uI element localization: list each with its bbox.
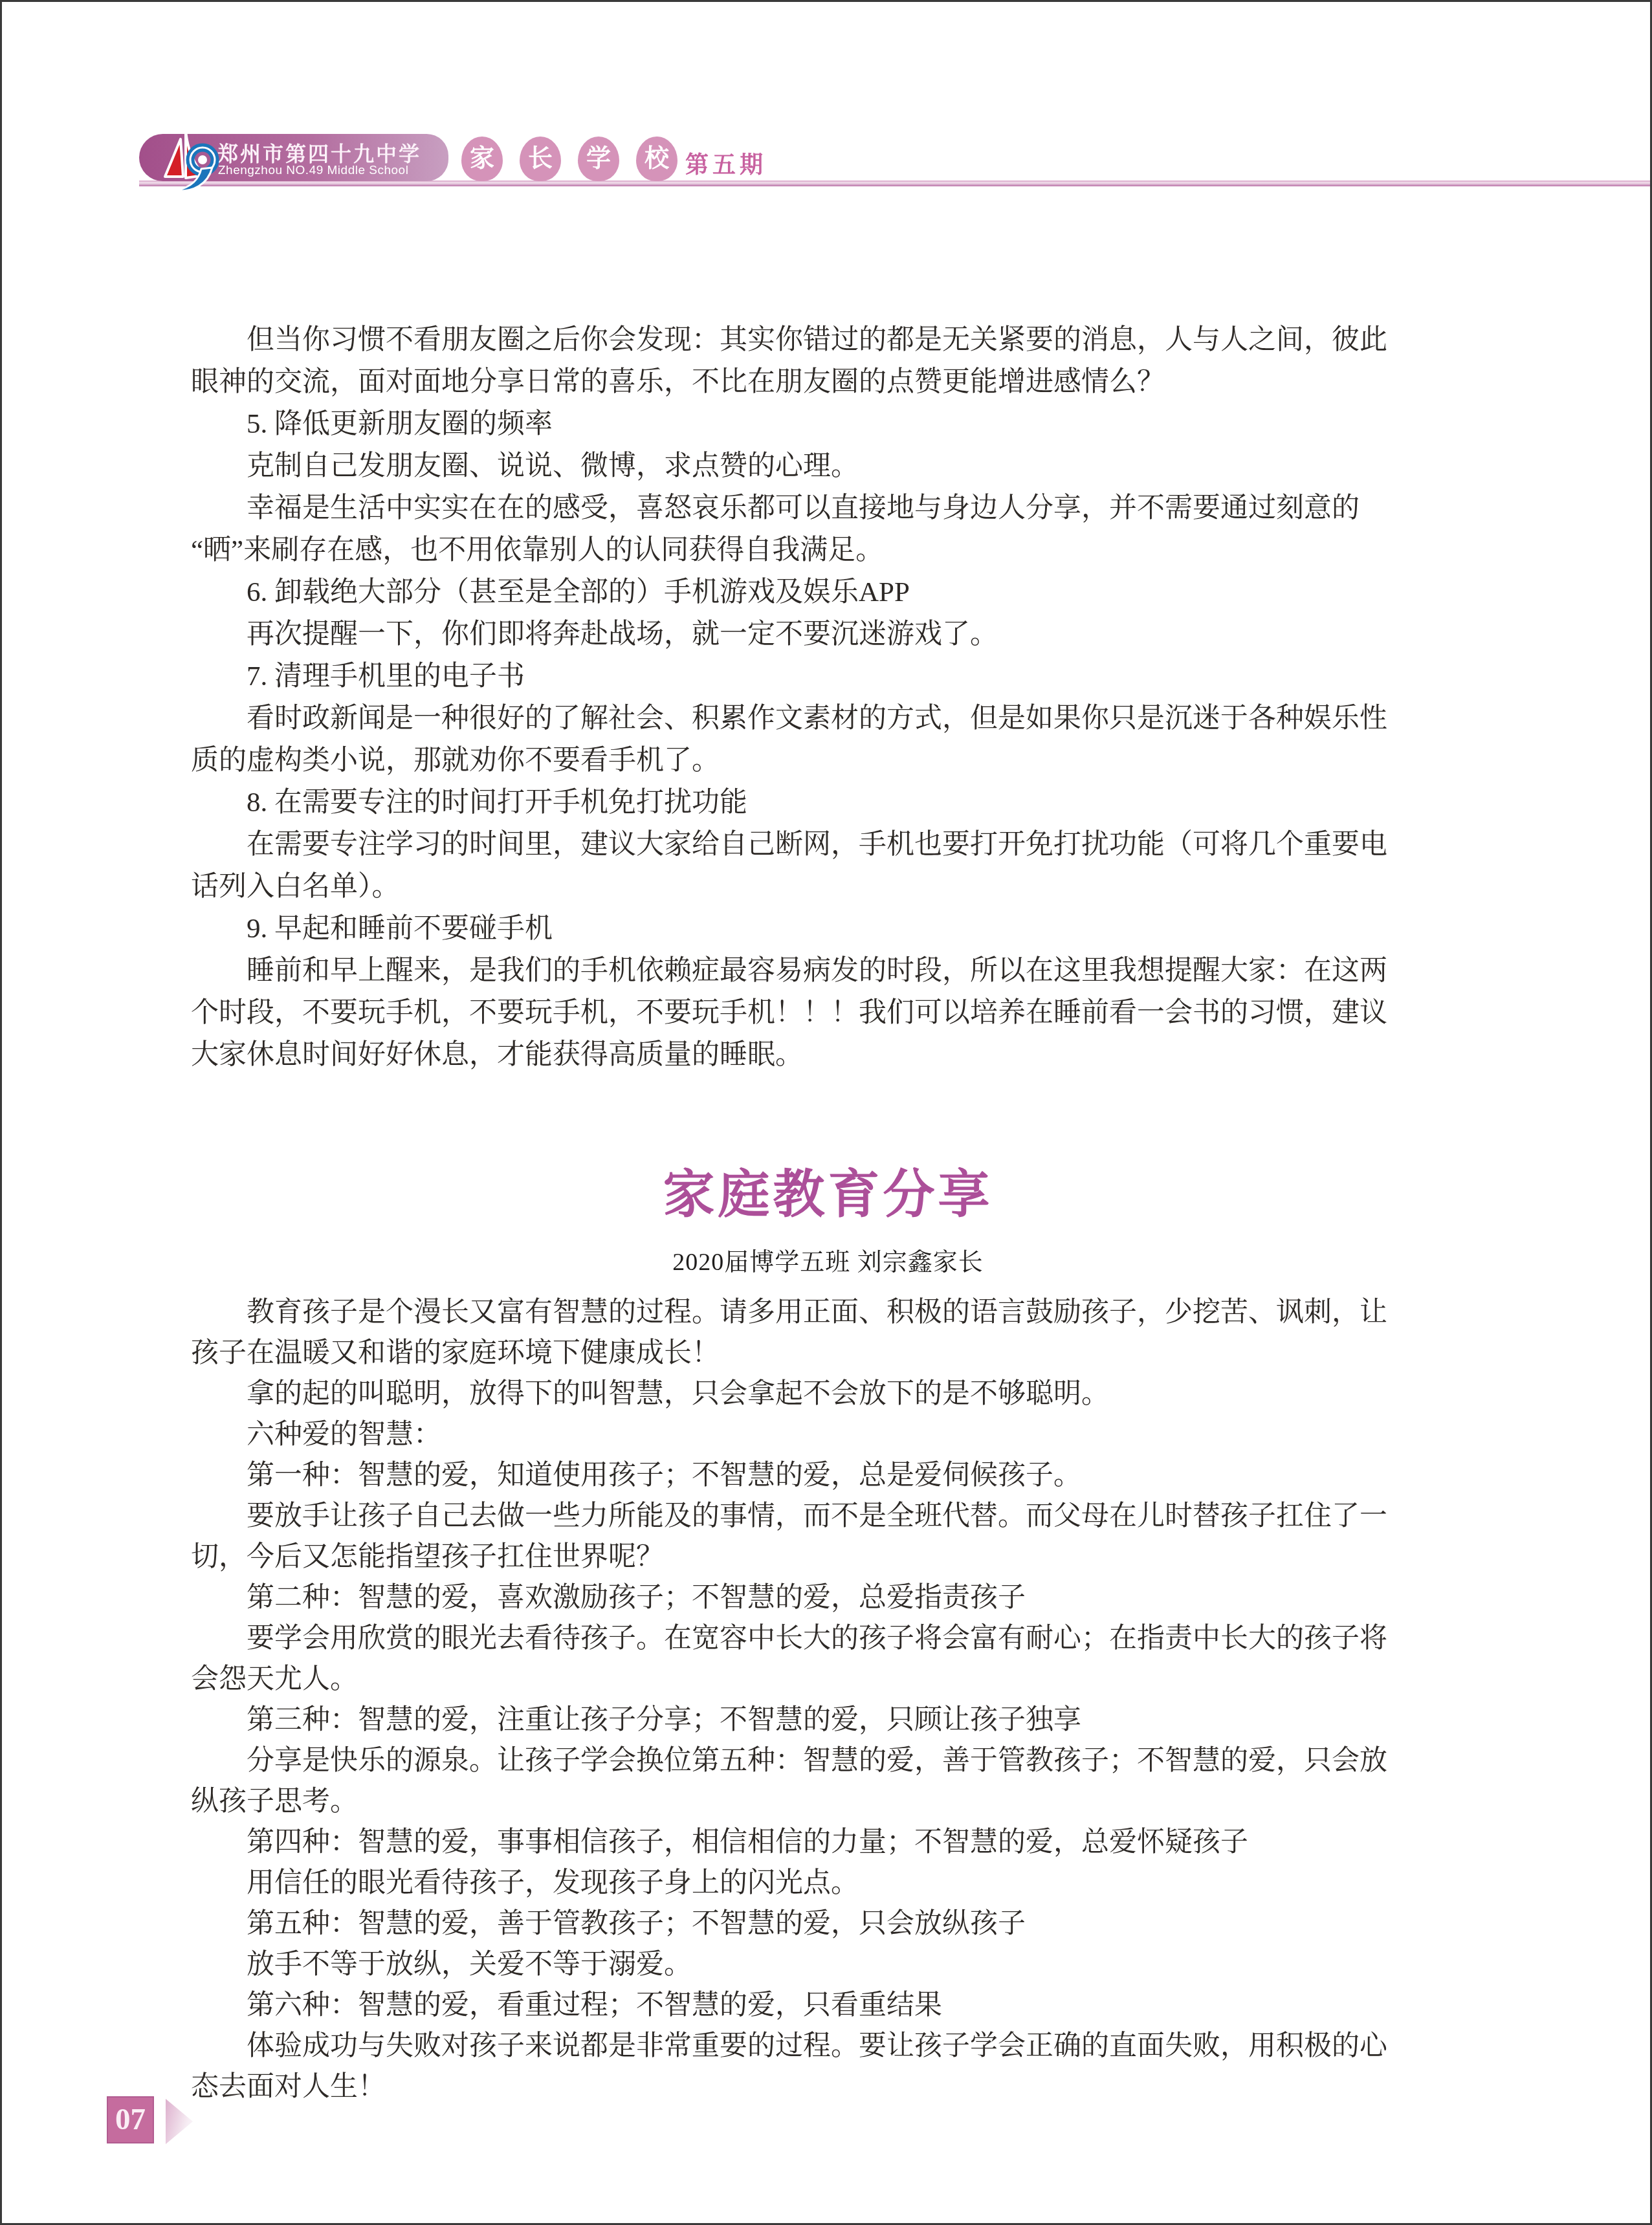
text-line: 第四种：智慧的爱，事事相信孩子，相信相信的力量；不智慧的爱，总爱怀疑孩子 xyxy=(191,1822,1464,1863)
article2-title: 家庭教育分享 xyxy=(2,1152,1652,1227)
article2-body: 教育孩子是个漫长又富有智慧的过程。请多用正面、积极的语言鼓励孩子，少挖苦、讽刺，… xyxy=(191,1292,1464,2107)
text-line: 第六种：智慧的爱，看重过程；不智慧的爱，只看重结果 xyxy=(191,1985,1464,2026)
text-line: 教育孩子是个漫长又富有智慧的过程。请多用正面、积极的语言鼓励孩子，少挖苦、讽刺，… xyxy=(191,1292,1464,1333)
masthead-badge: 学 xyxy=(578,137,619,181)
text-line: 拿的起的叫聪明，放得下的叫智慧，只会拿起不会放下的是不够聪明。 xyxy=(191,1374,1464,1414)
text-line: 纵孩子思考。 xyxy=(191,1781,1464,1822)
text-line: 个时段，不要玩手机，不要玩手机，不要玩手机！！！我们可以培养在睡前看一会书的习惯… xyxy=(191,992,1464,1034)
page-number-arrow-icon xyxy=(166,2099,193,2144)
masthead-badge: 校 xyxy=(636,137,677,181)
text-line: 要放手让孩子自己去做一些力所能及的事情，而不是全班代替。而父母在儿时替孩子扛住了… xyxy=(191,1496,1464,1537)
header-underline xyxy=(139,181,1652,186)
text-line: 分享是快乐的源泉。让孩子学会换位第五种：智慧的爱，善于管教孩子；不智慧的爱，只会… xyxy=(191,1740,1464,1781)
article1-body: 但当你习惯不看朋友圈之后你会发现：其实你错过的都是无关紧要的消息，人与人之间，彼… xyxy=(191,319,1464,1076)
text-line: 第二种：智慧的爱，喜欢激励孩子；不智慧的爱，总爱指责孩子 xyxy=(191,1577,1464,1618)
page-number-badge: 07 xyxy=(107,2096,154,2143)
text-line: 大家休息时间好好休息，才能获得高质量的睡眠。 xyxy=(191,1034,1464,1076)
text-line: 睡前和早上醒来，是我们的手机依赖症最容易病发的时段，所以在这里我想提醒大家：在这… xyxy=(191,950,1464,992)
text-line: 会怨天尤人。 xyxy=(191,1659,1464,1700)
school-name-english: Zhengzhou NO.49 Middle School xyxy=(218,164,408,178)
masthead-badges: 家长学校 xyxy=(461,137,677,181)
text-line: 孩子在温暖又和谐的家庭环境下健康成长！ xyxy=(191,1333,1464,1374)
text-line: 眼神的交流，面对面地分享日常的喜乐，不比在朋友圈的点赞更能增进感情么？ xyxy=(191,361,1464,403)
text-line: 再次提醒一下，你们即将奔赴战场，就一定不要沉迷游戏了。 xyxy=(191,613,1464,655)
text-line: 9. 早起和睡前不要碰手机 xyxy=(191,908,1464,950)
text-line: 幸福是生活中实实在在的感受，喜怒哀乐都可以直接地与身边人分享，并不需要通过刻意的 xyxy=(191,487,1464,529)
text-line: 7. 清理手机里的电子书 xyxy=(191,655,1464,697)
text-line: 8. 在需要专注的时间打开手机免打扰功能 xyxy=(191,782,1464,824)
text-line: 第五种：智慧的爱，善于管教孩子；不智慧的爱，只会放纵孩子 xyxy=(191,1903,1464,1944)
text-line: 5. 降低更新朋友圈的频率 xyxy=(191,403,1464,445)
text-line: 看时政新闻是一种很好的了解社会、积累作文素材的方式，但是如果你只是沉迷于各种娱乐… xyxy=(191,697,1464,740)
masthead-badge: 长 xyxy=(520,137,561,181)
text-line: 在需要专注学习的时间里，建议大家给自己断网，手机也要打开免打扰功能（可将几个重要… xyxy=(191,824,1464,866)
masthead-badge: 家 xyxy=(461,137,503,181)
text-line: 话列入白名单）。 xyxy=(191,866,1464,908)
article2-byline: 2020届博学五班 刘宗鑫家长 xyxy=(2,1242,1652,1277)
text-line: 切，今后又怎能指望孩子扛住世界呢？ xyxy=(191,1537,1464,1577)
school-sailboat-49-logo-icon xyxy=(156,127,223,195)
text-line: 要学会用欣赏的眼光去看待孩子。在宽容中长大的孩子将会富有耐心；在指责中长大的孩子… xyxy=(191,1618,1464,1659)
text-line: 第三种：智慧的爱，注重让孩子分享；不智慧的爱，只顾让孩子独享 xyxy=(191,1700,1464,1740)
text-line: 用信任的眼光看待孩子，发现孩子身上的闪光点。 xyxy=(191,1863,1464,1903)
text-line: 但当你习惯不看朋友圈之后你会发现：其实你错过的都是无关紧要的消息，人与人之间，彼… xyxy=(191,319,1464,361)
newsletter-page: 郑州市第四十九中学 Zhengzhou NO.49 Middle School … xyxy=(0,0,1652,2225)
text-line: 态去面对人生！ xyxy=(191,2066,1464,2107)
text-line: 6. 卸载绝大部分（甚至是全部的）手机游戏及娱乐APP xyxy=(191,571,1464,613)
text-line: 质的虚构类小说，那就劝你不要看手机了。 xyxy=(191,740,1464,782)
text-line: 放手不等于放纵，关爱不等于溺爱。 xyxy=(191,1944,1464,1985)
issue-number-label: 第五期 xyxy=(685,147,767,180)
text-line: 体验成功与失败对孩子来说都是非常重要的过程。要让孩子学会正确的直面失败，用积极的… xyxy=(191,2026,1464,2066)
text-line: 六种爱的智慧： xyxy=(191,1414,1464,1455)
text-line: “晒”来刷存在感，也不用依靠别人的认同获得自我满足。 xyxy=(191,529,1464,571)
text-line: 第一种：智慧的爱，知道使用孩子；不智慧的爱，总是爱伺候孩子。 xyxy=(191,1455,1464,1496)
text-line: 克制自己发朋友圈、说说、微博，求点赞的心理。 xyxy=(191,445,1464,487)
